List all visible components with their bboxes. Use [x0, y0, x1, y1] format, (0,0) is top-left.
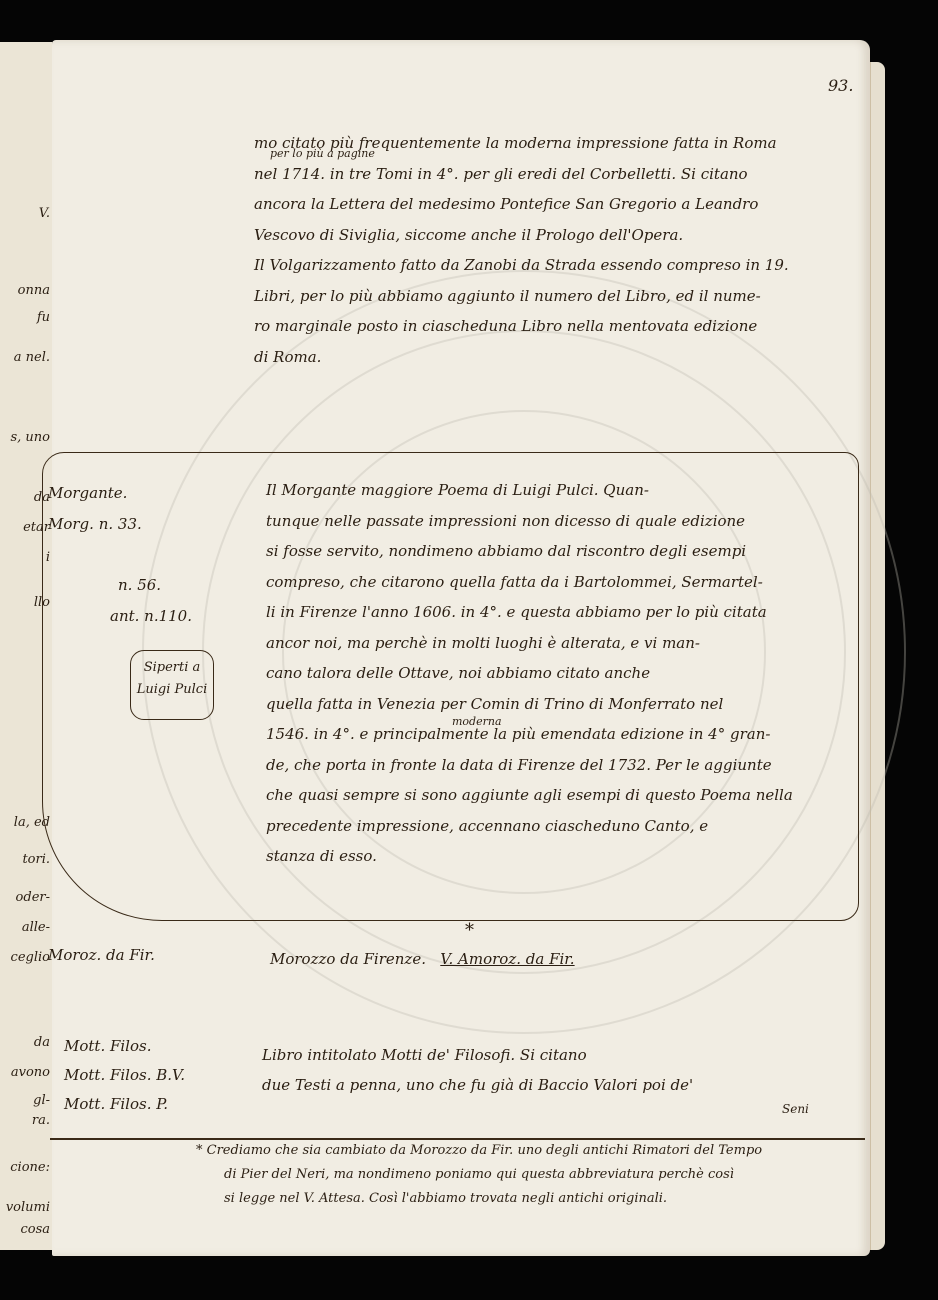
morgante-rubric: Morgante. Morg. n. 33.: [48, 478, 142, 539]
text-line: ro marginale posto in ciascheduna Libro …: [254, 311, 789, 342]
text-line: 1546. in 4°. e principalmente la più eme…: [266, 719, 793, 750]
moroz-entry-text: Morozzo da Firenze. V. Amoroz. da Fir.: [270, 944, 575, 975]
facing-page-fragment: ra.: [32, 1113, 50, 1128]
facing-page-fragment: cosa: [20, 1222, 50, 1237]
footnote-asterisk: *: [465, 920, 474, 941]
facing-page-fragment: alle-: [22, 920, 50, 935]
text-line: Il Volgarizzamento fatto da Zanobi da St…: [254, 250, 789, 281]
text-line: Libro intitolato Motti de' Filosofi. Si …: [262, 1040, 809, 1070]
cross-reference: V. Amoroz. da Fir.: [440, 950, 574, 968]
facing-page-fragment: onna: [18, 283, 50, 298]
footnote-text: Crediamo che sia cambiato da Morozzo da …: [207, 1143, 762, 1158]
facing-page-fragment: ceglio: [11, 950, 50, 965]
interlinear-insert: moderna: [452, 716, 502, 728]
entry-headword: Morgante.: [48, 478, 142, 509]
text-line: li in Firenze l'anno 1606. in 4°. e ques…: [266, 597, 793, 628]
mott-abbreviations: Mott. Filos. Mott. Filos. B.V. Mott. Fil…: [64, 1032, 185, 1119]
abbreviation: n. 56.: [110, 570, 192, 601]
text-line: nel 1714. in tre Tomi in 4°. per gli ere…: [254, 159, 789, 190]
text-line: quella fatta in Venezia per Comin di Tri…: [266, 689, 793, 720]
facing-page-fragment: da: [34, 1035, 50, 1050]
entry-text: Morozzo da Firenze.: [270, 950, 426, 968]
footnote: * Crediamo che sia cambiato da Morozzo d…: [196, 1139, 762, 1211]
mott-entry-text: Libro intitolato Motti de' Filosofi. Si …: [262, 1040, 809, 1118]
text-line: ancor noi, ma perchè in molti luoghi è a…: [266, 628, 793, 659]
facing-page-fragment: volumi: [6, 1200, 50, 1215]
facing-page-fragment: fu: [37, 310, 50, 325]
abbreviation: Mott. Filos.: [64, 1032, 185, 1061]
folio-number: 93.: [828, 76, 853, 95]
text-line: precedente impressione, accennano ciasch…: [266, 811, 793, 842]
footnote-line: * Crediamo che sia cambiato da Morozzo d…: [196, 1139, 762, 1163]
morgante-refs: n. 56. ant. n.110.: [110, 570, 192, 631]
marginal-note-line: Siperti a: [131, 657, 213, 679]
moroz-rubric: Moroz. da Fir.: [48, 940, 155, 971]
text-line: tunque nelle passate impressioni non dic…: [266, 506, 793, 537]
facing-page-fragment: a nel.: [14, 350, 50, 365]
text-line: stanza di esso.: [266, 841, 793, 872]
footnote-marker: *: [196, 1143, 203, 1158]
facing-page-fragment: tori.: [22, 852, 50, 867]
text-line: cano talora delle Ottave, noi abbiamo ci…: [266, 658, 793, 689]
text-line: ancora la Lettera del medesimo Pontefice…: [254, 189, 789, 220]
facing-page-fragment: V.: [39, 206, 50, 221]
facing-page-fragment: oder-: [16, 890, 50, 905]
text-line: si fosse servito, nondimeno abbiamo dal …: [266, 536, 793, 567]
text-line: Seni: [262, 1100, 809, 1118]
text-line: due Testi a penna, uno che fu già di Bac…: [262, 1070, 809, 1100]
facing-page-fragment: cione:: [10, 1160, 50, 1175]
facing-page-fragment: gl-: [33, 1093, 50, 1108]
abbreviation: ant. n.110.: [110, 601, 192, 632]
text-line: Il Morgante maggiore Poema di Luigi Pulc…: [266, 475, 793, 506]
facing-page-fragment: s, uno: [10, 430, 50, 445]
text-line: che quasi sempre si sono aggiunte agli e…: [266, 780, 793, 811]
text-line: di Roma.: [254, 342, 789, 373]
facing-page-fragment: avono: [11, 1065, 50, 1080]
marginal-note-box: Siperti a Luigi Pulci: [130, 650, 214, 720]
interlinear-insert: per lo più a pagine: [270, 148, 375, 160]
abbreviation: Mott. Filos. B.V.: [64, 1061, 185, 1090]
continuation-paragraph: mo citato più frequentemente la moderna …: [254, 128, 789, 372]
text-line: Libri, per lo più abbiamo aggiunto il nu…: [254, 281, 789, 312]
text-line: Vescovo di Siviglia, siccome anche il Pr…: [254, 220, 789, 251]
footnote-line: si legge nel V. Attesa. Così l'abbiamo t…: [196, 1187, 762, 1211]
morgante-entry-text: Il Morgante maggiore Poema di Luigi Pulc…: [266, 475, 793, 872]
page-stack-edge: [870, 62, 885, 1250]
text-line: compreso, che citarono quella fatta da i…: [266, 567, 793, 598]
marginal-note-line: Luigi Pulci: [131, 679, 213, 701]
abbreviation: Mott. Filos. P.: [64, 1090, 185, 1119]
footnote-line: di Pier del Neri, ma nondimeno poniamo q…: [196, 1163, 762, 1187]
text-line: de, che porta in fronte la data di Firen…: [266, 750, 793, 781]
abbreviation: Morg. n. 33.: [48, 509, 142, 540]
